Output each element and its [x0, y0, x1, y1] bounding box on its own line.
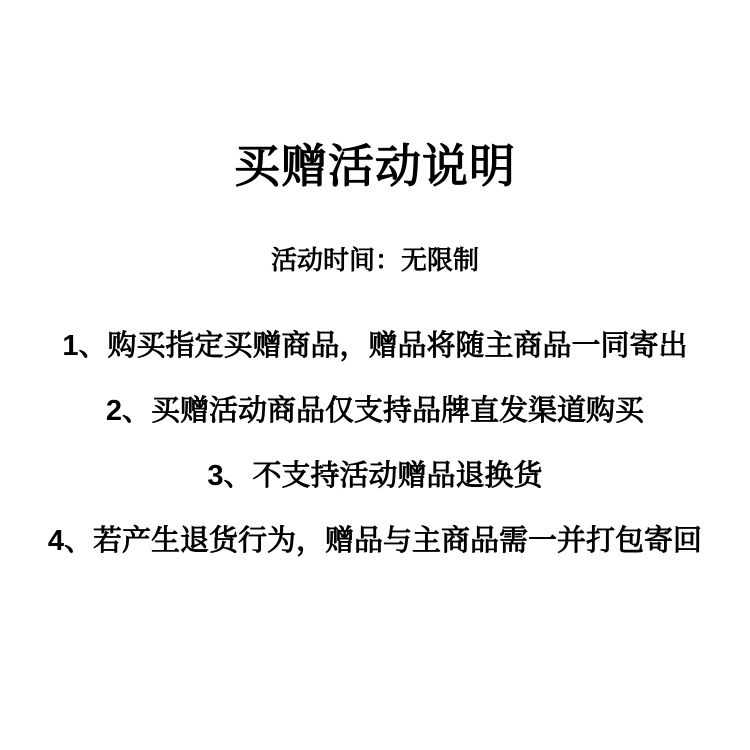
rule-item-3: 3、不支持活动赠品退换货 [0, 444, 750, 509]
rule-item-4: 4、若产生退货行为，赠品与主商品需一并打包寄回 [0, 509, 750, 574]
promo-notice-page: 买赠活动说明 活动时间：无限制 1、购买指定买赠商品，赠品将随主商品一同寄出 2… [0, 0, 750, 750]
page-title: 买赠活动说明 [0, 138, 750, 194]
rule-item-2: 2、买赠活动商品仅支持品牌直发渠道购买 [0, 379, 750, 444]
rules-list: 1、购买指定买赠商品，赠品将随主商品一同寄出 2、买赠活动商品仅支持品牌直发渠道… [0, 314, 750, 574]
rule-item-1: 1、购买指定买赠商品，赠品将随主商品一同寄出 [0, 314, 750, 379]
activity-time-text: 活动时间：无限制 [0, 244, 750, 276]
